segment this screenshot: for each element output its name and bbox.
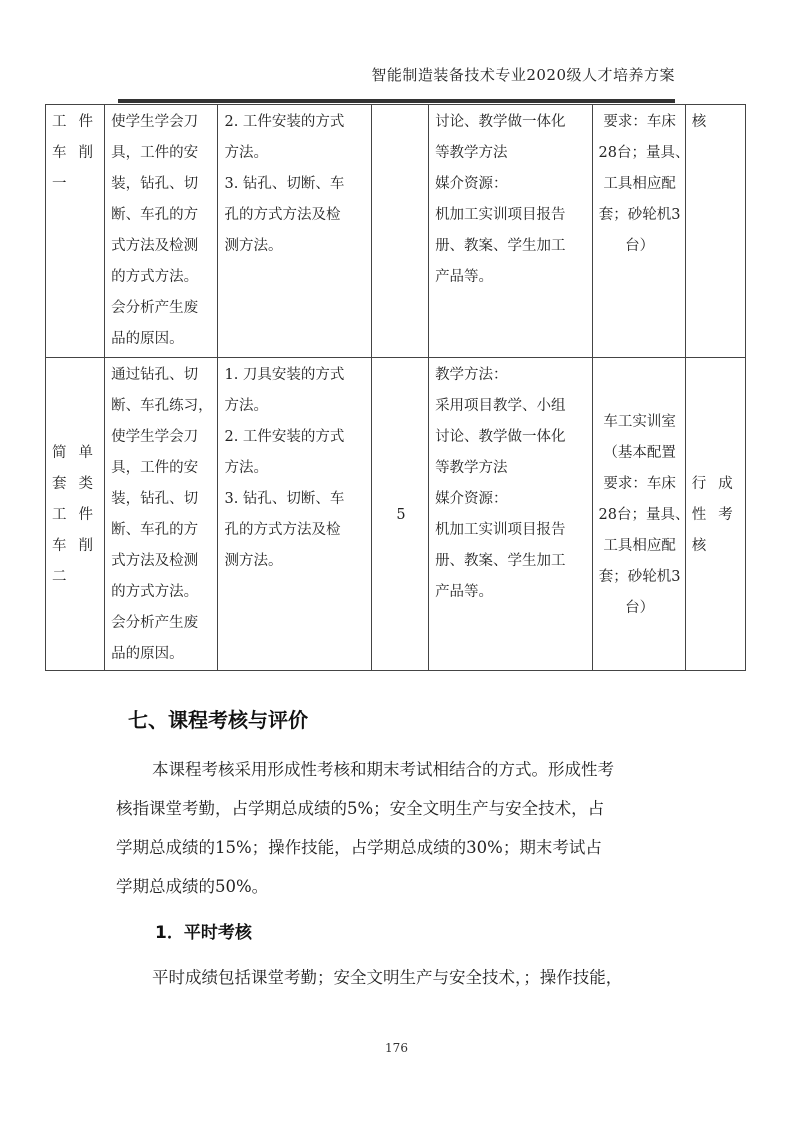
learning-goal-cell: 使学生学会刀 具，工件的安 装，钻孔、切 断、车孔的方 式方法及检测 的方式方法…	[105, 105, 218, 358]
teaching-method-cell: 教学方法： 采用项目教学、小组 讨论、教学做一体化 等教学方法 媒介资源： 机加…	[429, 358, 592, 671]
subsection-paragraph: 平时成绩包括课堂考勤；安全文明生产与安全技术，；操作技能，	[152, 958, 722, 997]
assessment-cell: 核	[685, 105, 745, 358]
table-row: 简单 套类 工件 车削 二 通过钻孔、切 断、车孔练习， 使学生学会刀 具，工件…	[46, 358, 746, 671]
project-name-cell: 工件 车削 一	[46, 105, 105, 358]
hours-cell: 5	[371, 358, 428, 671]
teaching-environment-cell: 要求：车床 28台；量具、 工具相应配 套；砂轮机3 台）	[592, 105, 685, 358]
document-title: 智能制造装备技术专业2020级人才培养方案	[371, 64, 675, 85]
table-row: 工件 车削 一 使学生学会刀 具，工件的安 装，钻孔、切 断、车孔的方 式方法及…	[46, 105, 746, 358]
learning-goal-cell: 通过钻孔、切 断、车孔练习， 使学生学会刀 具，工件的安 装，钻孔、切 断、车孔…	[105, 358, 218, 671]
teaching-method-cell: 讨论、教学做一体化 等教学方法 媒介资源： 机加工实训项目报告 册、教案、学生加…	[429, 105, 592, 358]
section-title: 七、课程考核与评价	[128, 704, 308, 733]
subsection-title: 1．平时考核	[155, 918, 252, 943]
page-number: 176	[0, 1041, 793, 1055]
assessment-cell: 行成 性考 核	[685, 358, 745, 671]
teaching-content-cell: 2. 工件安装的方式 方法。 3. 钻孔、切断、车 孔的方式方法及检 测方法。	[218, 105, 371, 358]
teaching-environment-cell: 车工实训室 （基本配置 要求：车床 28台；量具、 工具相应配 套；砂轮机3 台…	[592, 358, 685, 671]
header-rule	[118, 99, 675, 103]
teaching-content-cell: 1. 刀具安装的方式 方法。 2. 工件安装的方式 方法。 3. 钻孔、切断、车…	[218, 358, 371, 671]
project-name-cell: 简单 套类 工件 车削 二	[46, 358, 105, 671]
hours-cell	[371, 105, 428, 358]
course-project-table: 工件 车削 一 使学生学会刀 具，工件的安 装，钻孔、切 断、车孔的方 式方法及…	[45, 104, 746, 671]
section-paragraph: 本课程考核采用形成性考核和期末考试相结合的方式。形成性考 核指课堂考勤，占学期总…	[116, 750, 686, 906]
